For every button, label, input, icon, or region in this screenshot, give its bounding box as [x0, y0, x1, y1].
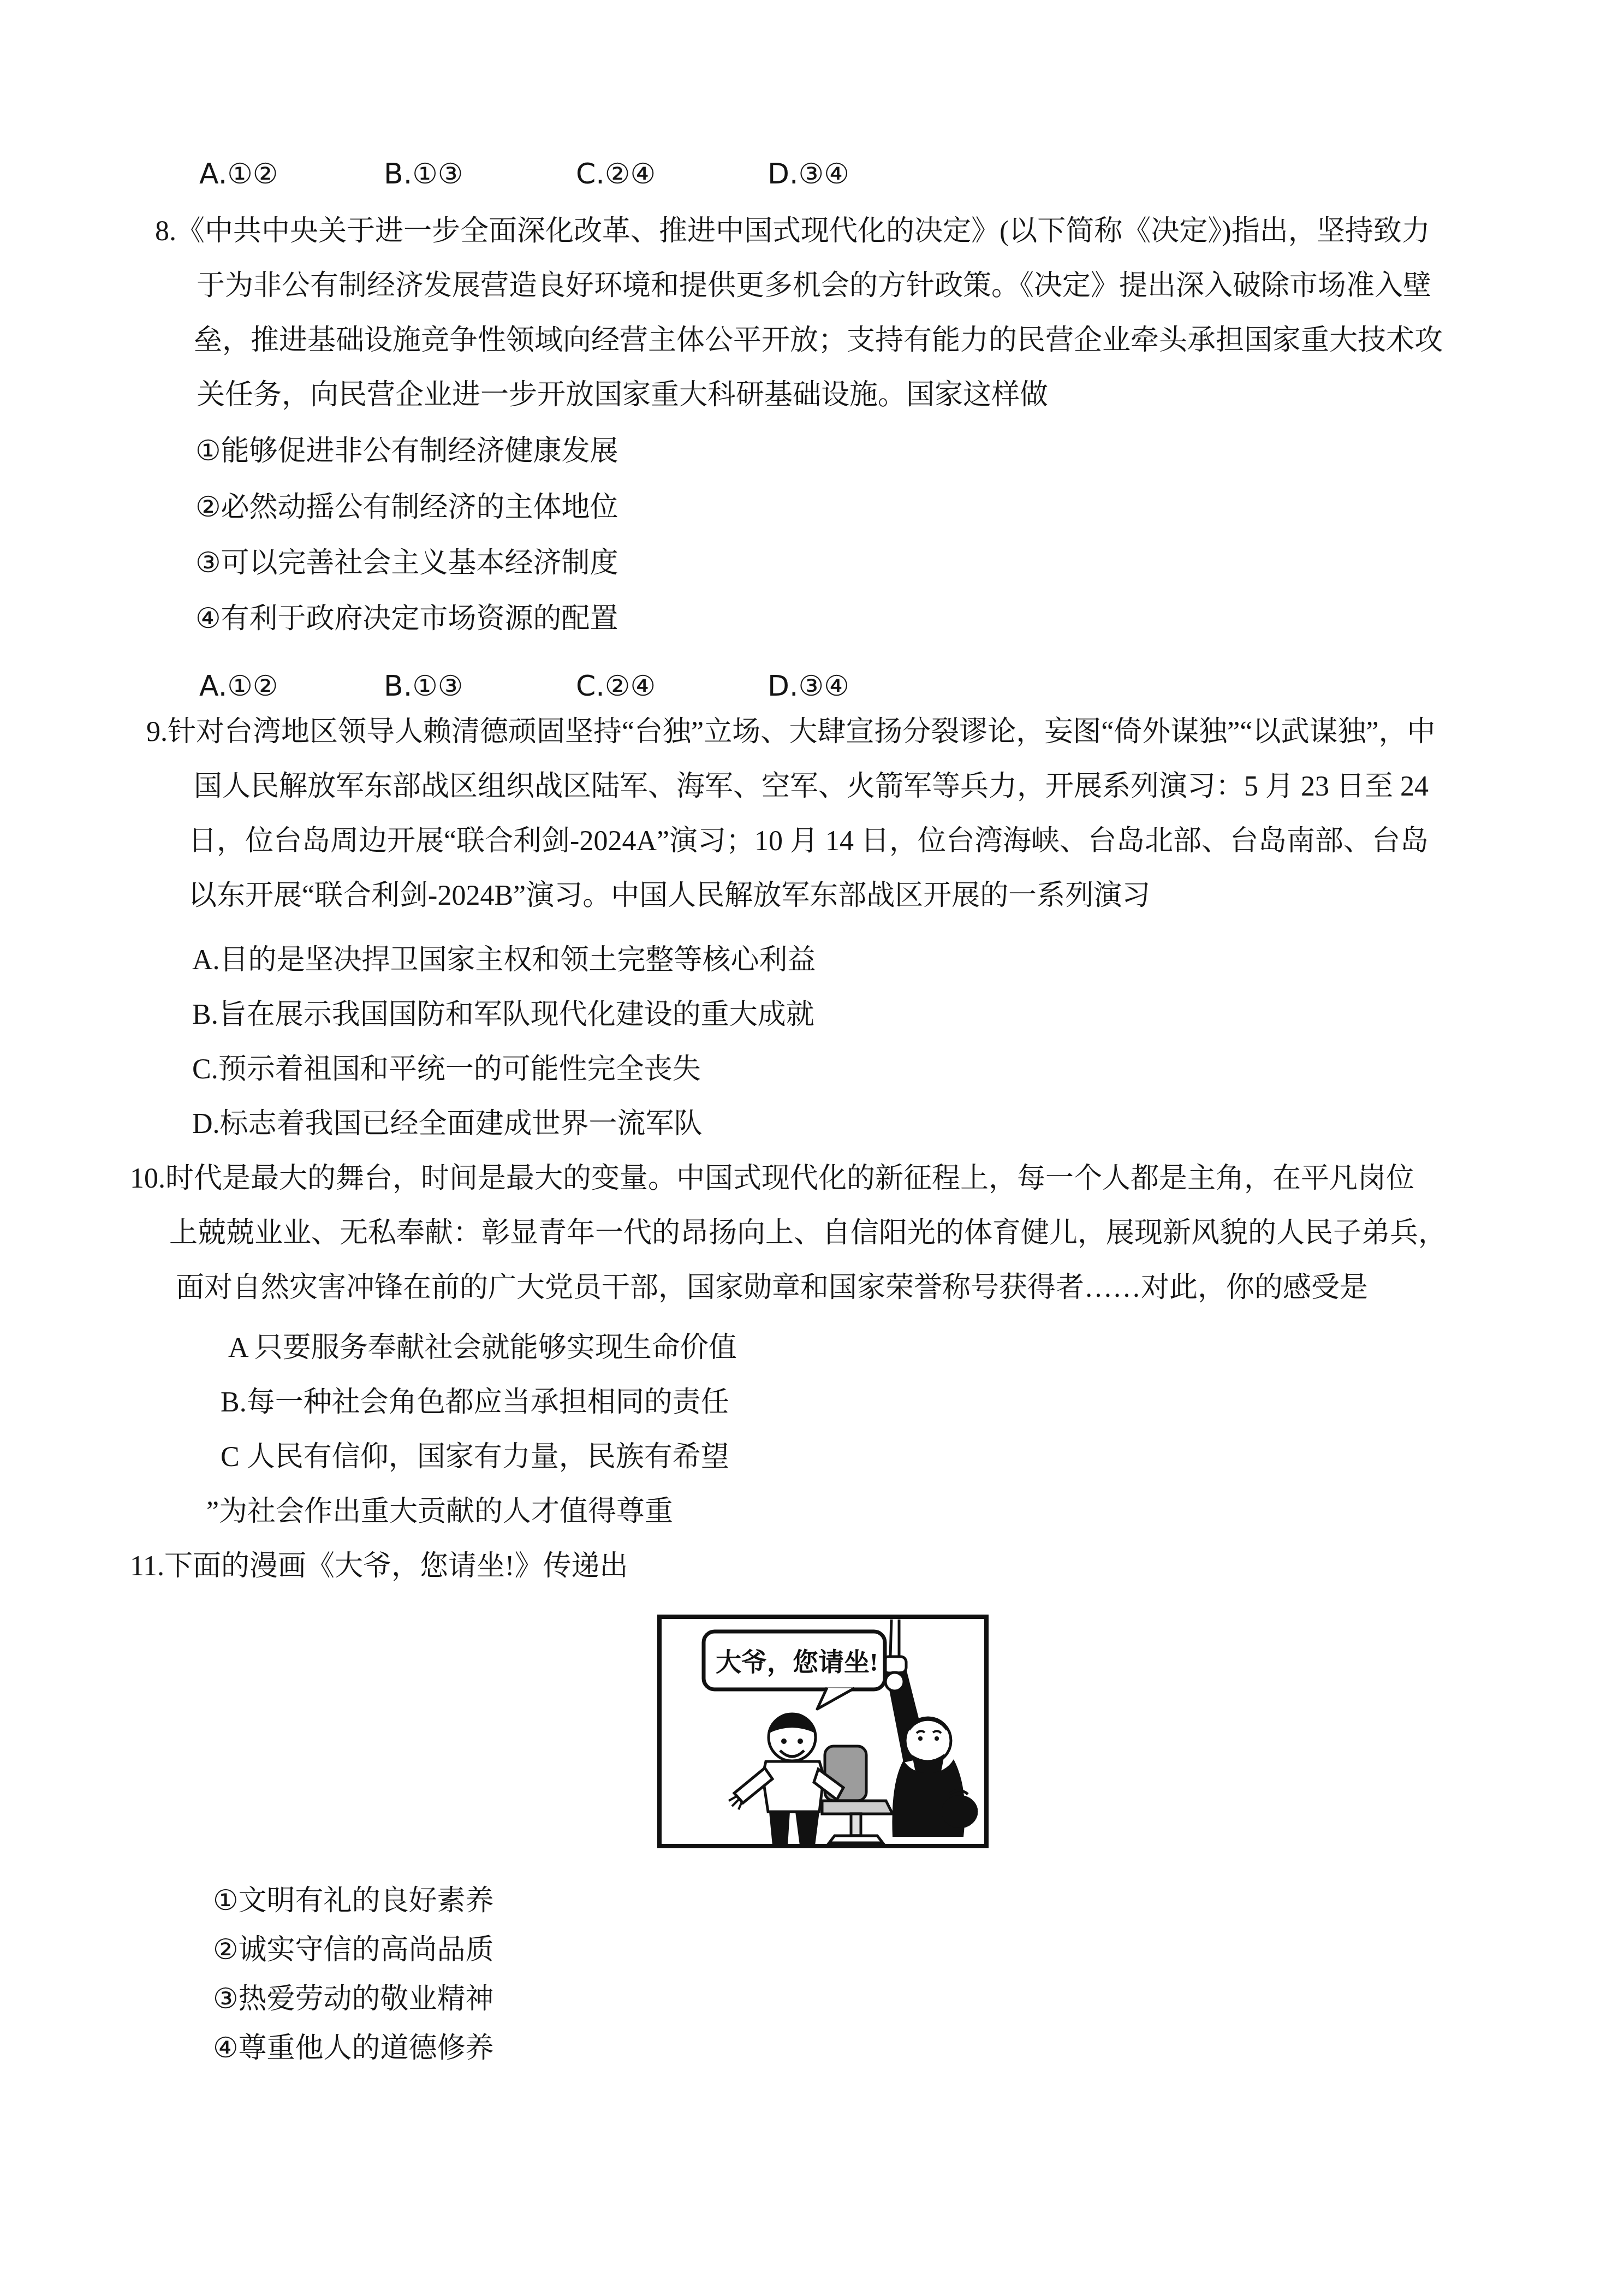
q8-answer-c: C.②④	[576, 669, 656, 703]
q9-option-c: C.预示着祖国和平统一的可能性完全丧失	[192, 1053, 701, 1087]
q8-text-line-1: 8.《中共中央关于进一步全面深化改革、推进中国式现代化的决定》(以下简称《决定》…	[155, 215, 1430, 248]
q10-option-b: B.每一种社会角色都应当承担相同的责任	[221, 1386, 729, 1420]
q10-text-line-3: 面对自然灾害冲锋在前的广大党员干部，国家勋章和国家荣誉称号获得者……对此，你的感…	[176, 1271, 1368, 1305]
q9-text-line-1: 9.针对台湾地区领导人赖清德顽固坚持“台独”立场、大肆宣扬分裂谬论，妄图“倚外谋…	[146, 715, 1435, 749]
q10-option-c: C 人民有信仰，国家有力量，民族有希望	[221, 1440, 729, 1474]
q11-item-4: ④尊重他人的道德修养	[213, 2031, 494, 2065]
q11-item-3: ③热爱劳动的敬业精神	[213, 1982, 494, 2016]
q8-item-1: ①能够促进非公有制经济健康发展	[195, 434, 618, 468]
q8-text-line-3: 垒，推进基础设施竞争性领域向经营主体公平开放；支持有能力的民营企业牵头承担国家重…	[194, 324, 1443, 358]
q8-answer-b: B.①③	[384, 669, 463, 703]
q8-text-line-4: 关任务，向民营企业进一步开放国家重大科研基础设施。国家这样做	[197, 378, 1048, 412]
q7-answer-b: B.①③	[384, 157, 463, 191]
q8-item-4: ④有利于政府决定市场资源的配置	[195, 602, 618, 636]
q11-item-2: ②诚实守信的高尚品质	[213, 1933, 494, 1967]
q10-text-line-1: 10.时代是最大的舞台，时间是最大的变量。中国式现代化的新征程上，每一个人都是主…	[130, 1162, 1414, 1196]
q9-option-a: A.目的是坚决捍卫国家主权和领土完整等核心利益	[192, 944, 816, 977]
q7-answer-a: A.①②	[199, 157, 278, 191]
q8-item-3: ③可以完善社会主义基本经济制度	[195, 546, 618, 580]
q8-text-line-2: 于为非公有制经济发展营造良好环境和提供更多机会的方针政策。《决定》提出深入破除市…	[197, 269, 1431, 303]
q9-option-d: D.标志着我国已经全面建成世界一流军队	[192, 1107, 703, 1141]
q11-intro: 11.下面的漫画《大爷，您请坐!》传递出	[130, 1550, 628, 1583]
speech-bubble-text: 大爷，您请坐!	[716, 1648, 878, 1677]
q10-option-a: A 只要服务奉献社会就能够实现生命价值	[228, 1331, 737, 1365]
q7-answer-d: D.③④	[768, 157, 849, 191]
q9-text-line-2: 国人民解放军东部战区组织战区陆军、海军、空军、火箭军等兵力，开展系列演习：5 月…	[194, 770, 1429, 804]
q9-text-line-3: 日，位台岛周边开展“联合利剑-2024A”演习；10 月 14 日，位台湾海峡、…	[188, 824, 1429, 858]
q7-answer-c: C.②④	[576, 157, 656, 191]
q11-item-1: ①文明有礼的良好素养	[213, 1884, 494, 1918]
q10-text-line-2: 上兢兢业业、无私奉献：彰显青年一代的昂扬向上、自信阳光的体育健儿，展现新风貌的人…	[169, 1217, 1447, 1250]
q11-cartoon: 大爷，您请坐!	[657, 1614, 989, 1849]
q8-answer-a: A.①②	[199, 669, 278, 703]
q9-option-b: B.旨在展示我国国防和军队现代化建设的重大成就	[192, 998, 814, 1032]
exam-page: A.①② B.①③ C.②④ D.③④ 8.《中共中央关于进一步全面深化改革、推…	[0, 0, 1624, 2296]
q8-answer-d: D.③④	[768, 669, 849, 703]
q8-item-2: ②必然动摇公有制经济的主体地位	[195, 490, 618, 524]
q10-option-d: ”为社会作出重大贡献的人才值得尊重	[206, 1495, 673, 1529]
q9-text-line-4: 以东开展“联合利剑-2024B”演习。中国人民解放军东部战区开展的一系列演习	[188, 879, 1150, 913]
